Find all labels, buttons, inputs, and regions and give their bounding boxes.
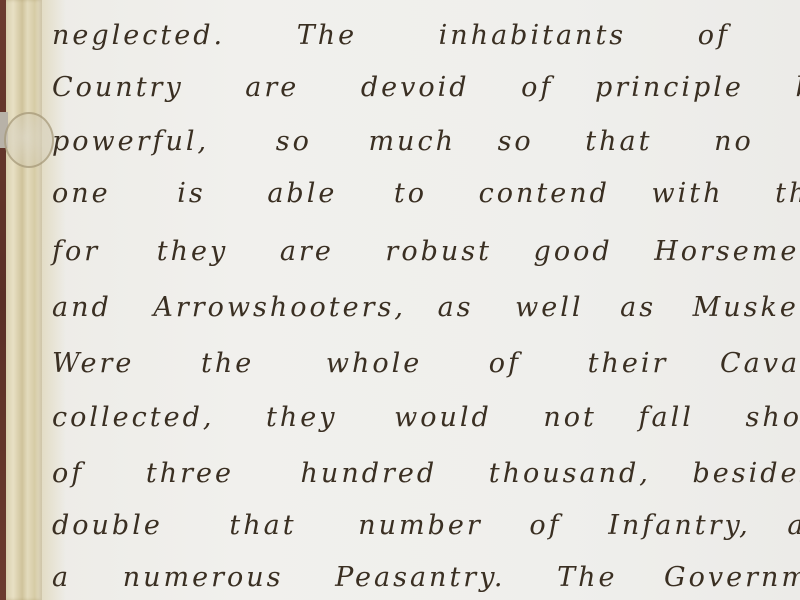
- manuscript-page: neglected. The inhabitants of this Count…: [0, 0, 800, 600]
- word: that: [229, 510, 296, 541]
- text-line-1: neglected. The inhabitants of this: [52, 20, 800, 60]
- word: three: [146, 458, 234, 489]
- word: thousand,: [489, 458, 651, 489]
- word: they: [157, 236, 228, 267]
- word: the: [201, 348, 254, 379]
- word: for: [52, 236, 100, 267]
- word: short: [745, 402, 800, 433]
- handwritten-text: neglected. The inhabitants of this Count…: [52, 0, 792, 600]
- word: no: [714, 126, 754, 157]
- word: good: [534, 236, 613, 267]
- clip-ring-mark: [4, 112, 54, 168]
- word: Musketeers.: [693, 292, 800, 323]
- word: of: [52, 458, 84, 489]
- text-line-5: for they are robust good Horsemen,: [52, 236, 800, 276]
- word: Arrowshooters,: [153, 292, 406, 323]
- word: principle: [595, 72, 744, 103]
- text-line-4: one is able to contend with them;: [52, 178, 800, 218]
- word: numerous: [123, 562, 284, 593]
- word: powerful,: [52, 126, 209, 157]
- word: Peasantry.: [335, 562, 505, 593]
- text-line-3: powerful, so much so that no: [52, 126, 754, 166]
- text-line-9: of three hundred thousand, besides: [52, 458, 800, 498]
- word: neglected.: [52, 20, 225, 51]
- word: inhabitants: [439, 20, 626, 51]
- word: that: [585, 126, 652, 157]
- word: with: [651, 178, 723, 209]
- word: so: [276, 126, 312, 157]
- word: as: [438, 292, 474, 323]
- binding-gutter: [6, 0, 42, 600]
- text-line-2: Country are devoid of principle but: [52, 72, 800, 112]
- word: but: [795, 72, 800, 103]
- word: of: [698, 20, 730, 51]
- text-line-11: a numerous Peasantry. The Government: [52, 562, 800, 600]
- word: much: [368, 126, 456, 157]
- word: as: [620, 292, 656, 323]
- word: collected,: [52, 402, 214, 433]
- word: one: [52, 178, 111, 209]
- word: number: [358, 510, 483, 541]
- text-line-8: collected, they would not fall short: [52, 402, 800, 442]
- text-line-7: Were the whole of their Cavalry: [52, 348, 800, 388]
- word: double: [52, 510, 163, 541]
- word: able: [267, 178, 337, 209]
- word: their: [588, 348, 669, 379]
- word: The: [557, 562, 617, 593]
- word: Horsemen,: [654, 236, 800, 267]
- word: Cavalry: [720, 348, 800, 379]
- word: so: [498, 126, 534, 157]
- word: Government: [664, 562, 800, 593]
- word: The: [297, 20, 357, 51]
- word: Infantry,: [608, 510, 751, 541]
- word: contend: [479, 178, 610, 209]
- word: besides: [692, 458, 800, 489]
- word: hundred: [301, 458, 438, 489]
- word: them;: [775, 178, 800, 209]
- word: robust: [385, 236, 492, 267]
- word: and: [787, 510, 800, 541]
- word: well: [515, 292, 583, 323]
- word: they: [266, 402, 337, 433]
- text-line-6: and Arrowshooters, as well as Musketeers…: [52, 292, 800, 332]
- word: of: [489, 348, 521, 379]
- word: are: [280, 236, 334, 267]
- text-line-10: double that number of Infantry, and: [52, 510, 800, 550]
- word: fall: [639, 402, 694, 433]
- word: Were: [52, 348, 134, 379]
- word: not: [543, 402, 597, 433]
- word: and: [52, 292, 112, 323]
- word: would: [394, 402, 492, 433]
- word: whole: [326, 348, 422, 379]
- word: devoid: [361, 72, 470, 103]
- word: are: [245, 72, 299, 103]
- word: Country: [52, 72, 184, 103]
- word: a: [52, 562, 71, 593]
- word: is: [177, 178, 206, 209]
- word: of: [529, 510, 561, 541]
- word: to: [394, 178, 427, 209]
- word: of: [521, 72, 553, 103]
